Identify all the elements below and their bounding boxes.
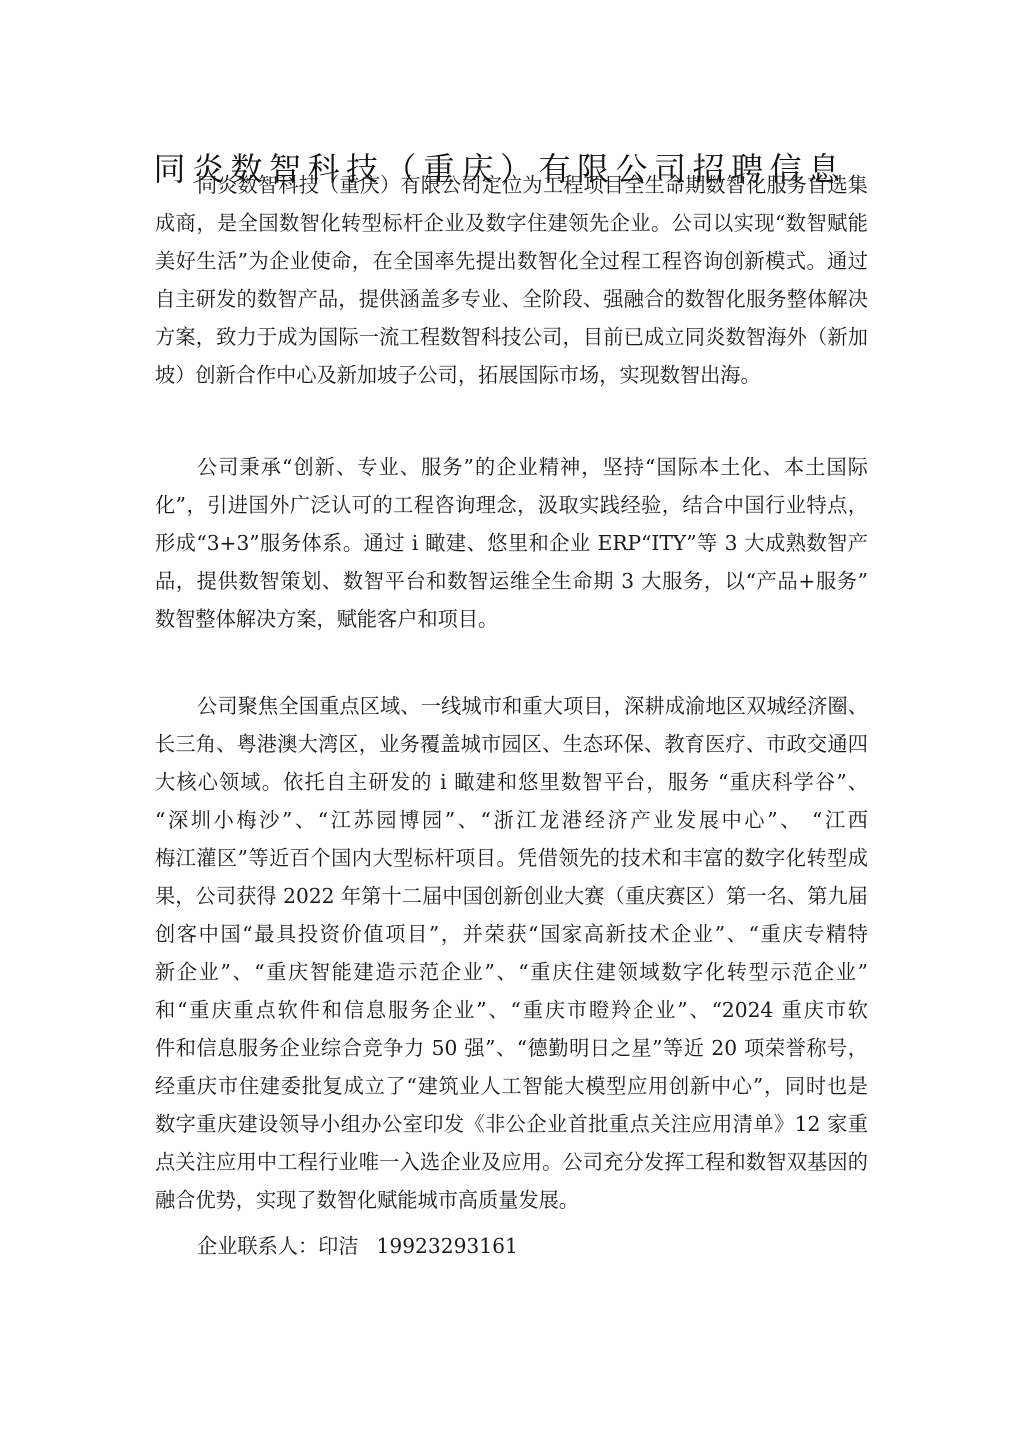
text-line: 果，公司获得 2022 年第十二届中国创新创业大赛（重庆赛区）第一名、第九届 bbox=[155, 877, 868, 915]
text-line: 品，提供数智策划、数智平台和数智运维全生命期 3 大服务，以“产品+服务” bbox=[155, 562, 868, 600]
text-line: 创客中国“最具投资价值项目”，并荣获“国家高新技术企业”、“重庆专精特 bbox=[155, 915, 868, 953]
text-line: 点关注应用中工程行业唯一入选企业及应用。公司充分发挥工程和数智双基因的 bbox=[155, 1143, 868, 1181]
contact-label: 企业联系人：印洁 bbox=[197, 1234, 359, 1258]
text-line: 成商，是全国数智化转型标杆企业及数字住建领先企业。公司以实现“数智赋能 bbox=[155, 204, 868, 242]
text-line: 大核心领域。依托自主研发的 i 瞰建和悠里数智平台，服务 “重庆科学谷”、 bbox=[155, 763, 868, 801]
text-line: 梅江灌区”等近百个国内大型标杆项目。凭借领先的技术和丰富的数字化转型成 bbox=[155, 839, 868, 877]
text-line: 化”，引进国外广泛认可的工程咨询理念，汲取实践经验，结合中国行业特点， bbox=[155, 486, 868, 524]
text-line: 公司秉承“创新、专业、服务”的企业精神，坚持“国际本土化、本土国际 bbox=[155, 448, 868, 486]
paragraph-company-spirit: 公司秉承“创新、专业、服务”的企业精神，坚持“国际本土化、本土国际 化”，引进国… bbox=[155, 448, 868, 638]
text-line: 方案，致力于成为国际一流工程数智科技公司，目前已成立同炎数智海外（新加 bbox=[155, 318, 868, 356]
text-line: 新企业”、“重庆智能建造示范企业”、“重庆住建领域数字化转型示范企业” bbox=[155, 953, 868, 991]
text-line: “深圳小梅沙”、“江苏园博园”、“浙江龙港经济产业发展中心”、 “江西 bbox=[155, 801, 868, 839]
text-line: 美好生活”为企业使命，在全国率先提出数智化全过程工程咨询创新模式。通过 bbox=[155, 242, 868, 280]
text-line: 坡）创新合作中心及新加坡子公司，拓展国际市场，实现数智出海。 bbox=[155, 356, 868, 394]
text-line: 融合优势，实现了数智化赋能城市高质量发展。 bbox=[155, 1181, 868, 1219]
text-line: 长三角、粤港澳大湾区，业务覆盖城市园区、生态环保、教育医疗、市政交通四 bbox=[155, 725, 868, 763]
document-page: 同炎数智科技（重庆）有限公司招聘信息 同炎数智科技（重庆）有限公司定位为工程项目… bbox=[0, 0, 1024, 1448]
paragraph-company-intro: 同炎数智科技（重庆）有限公司定位为工程项目全生命期数智化服务首选集 成商，是全国… bbox=[155, 166, 868, 394]
paragraph-company-achievements: 公司聚焦全国重点区域、一线城市和重大项目，深耕成渝地区双城经济圈、 长三角、粤港… bbox=[155, 687, 868, 1219]
text-line: 形成“3+3”服务体系。通过 i 瞰建、悠里和企业 ERP“ITY”等 3 大成… bbox=[155, 524, 868, 562]
text-line: 数字重庆建设领导小组办公室印发《非公企业首批重点关注应用清单》12 家重 bbox=[155, 1105, 868, 1143]
text-line: 同炎数智科技（重庆）有限公司定位为工程项目全生命期数智化服务首选集 bbox=[155, 166, 868, 204]
text-line: 自主研发的数智产品，提供涵盖多专业、全阶段、强融合的数智化服务整体解决 bbox=[155, 280, 868, 318]
text-line: 数智整体解决方案，赋能客户和项目。 bbox=[155, 600, 868, 638]
contact-info: 企业联系人：印洁19923293161 bbox=[197, 1227, 518, 1265]
text-line: 件和信息服务企业综合竞争力 50 强”、“德勤明日之星”等近 20 项荣誉称号， bbox=[155, 1029, 868, 1067]
contact-phone: 19923293161 bbox=[377, 1234, 518, 1258]
text-line: 和“重庆重点软件和信息服务企业”、“重庆市瞪羚企业”、“2024 重庆市软 bbox=[155, 991, 868, 1029]
text-line: 公司聚焦全国重点区域、一线城市和重大项目，深耕成渝地区双城经济圈、 bbox=[155, 687, 868, 725]
text-line: 经重庆市住建委批复成立了“建筑业人工智能大模型应用创新中心”，同时也是 bbox=[155, 1067, 868, 1105]
